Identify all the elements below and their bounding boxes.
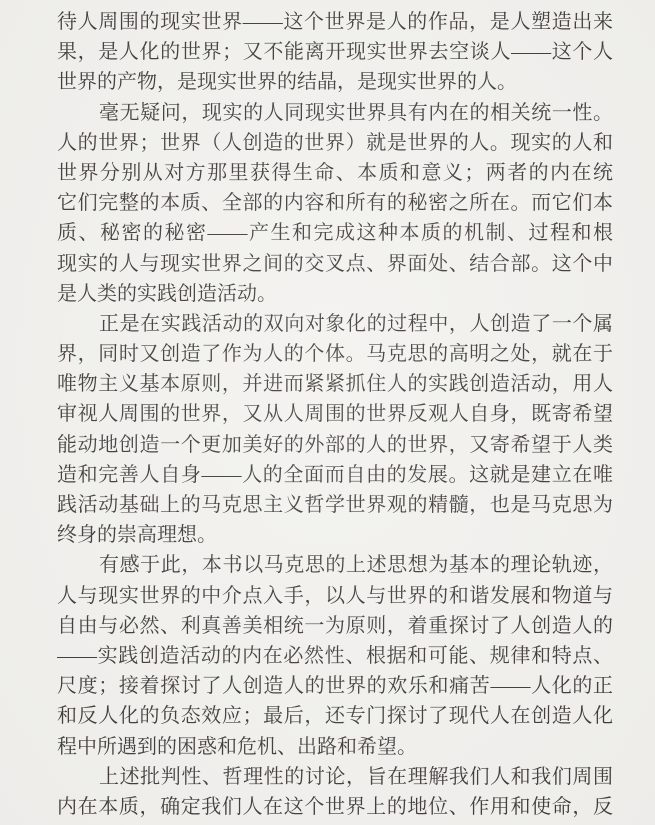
- text-line: 世界分别从对方那里获得生命、本质和意义；两者的内在统一，才是: [57, 158, 613, 188]
- text-line: 唯物主义基本原则，并进而紧紧抓住人的实践创造活动，用人的尺度: [57, 369, 613, 399]
- text-line: 世界的产物，是现实世界的结晶，是现实世界的人。: [57, 67, 613, 97]
- text-line: 程中所遇到的困惑和危机、出路和希望。: [57, 732, 613, 762]
- text-line: 能动地创造一个更加美好的外部的人的世界，又寄希望于人类不断塑: [57, 430, 613, 460]
- text-line: 自由与必然、利真善美相统一为原则，着重探讨了人创造人的世界: [57, 611, 613, 641]
- text-line: 待人周围的现实世界——这个世界是人的作品，是人塑造出来的成: [57, 7, 613, 37]
- text-line: ——实践创造活动的内在必然性、根据和可能、规律和特点、原则和: [57, 641, 613, 671]
- text-line: 造和完善人自身——人的全面而自由的发展。这就是建立在唯物的实: [57, 460, 613, 490]
- text-line: 现实的人与现实世界之间的交叉点、界面处、结合部。这个中介点就: [57, 249, 613, 279]
- text-line: 终身的崇高理想。: [57, 520, 613, 550]
- text-line: 尺度；接着探讨了人创造人的世界的欢乐和痛苦——人化的正态效应: [57, 671, 613, 701]
- text-line: 果，是人化的世界；又不能离开现实世界去空谈人——这个人是现实: [57, 37, 613, 67]
- text-line: 人与现实世界的中介点入手，以人与世界的和谐发展和物道与人道、: [57, 581, 613, 611]
- text-line: 审视人周围的世界，又从人周围的世界反观人自身，既寄希望于人类: [57, 399, 613, 429]
- text-line: 它们完整的本质、全部的内容和所有的秘密之所在。而它们本质的本: [57, 188, 613, 218]
- text-line: 正是在实践活动的双向对象化的过程中，人创造了一个属人的世: [57, 309, 613, 339]
- text-line: 是人类的实践创造活动。: [57, 279, 613, 309]
- text-line: 毫无疑问，现实的人同现实世界具有内在的相关统一性。人就是: [57, 98, 613, 128]
- text-line: 内在本质，确定我们人在这个世界上的地位、作用和使命，反省我们: [57, 792, 613, 822]
- text-line: 和反人化的负态效应；最后，还专门探讨了现代人在创造人化世界过: [57, 701, 613, 731]
- document-page: 待人周围的现实世界——这个世界是人的作品，是人塑造出来的成果，是人化的世界；又不…: [0, 0, 655, 825]
- text-line: 质、秘密的秘密——产生和完成这种本质的机制、过程和根据，则是: [57, 218, 613, 248]
- text-line: 界，同时又创造了作为人的个体。马克思的高明之处，就在于遵循着: [57, 339, 613, 369]
- text-line: 人的世界；世界（人创造的世界）就是世界的人。现实的人和现实的: [57, 128, 613, 158]
- body-text: 待人周围的现实世界——这个世界是人的作品，是人塑造出来的成果，是人化的世界；又不…: [57, 7, 613, 822]
- text-line: 上述批判性、哲理性的讨论，旨在理解我们人和我们周围世界的: [57, 762, 613, 792]
- text-line: 有感于此，本书以马克思的上述思想为基本的理论轨迹，从现实: [57, 550, 613, 580]
- text-line: 践活动基础上的马克思主义哲学世界观的精髓，也是马克思为之奋斗: [57, 490, 613, 520]
